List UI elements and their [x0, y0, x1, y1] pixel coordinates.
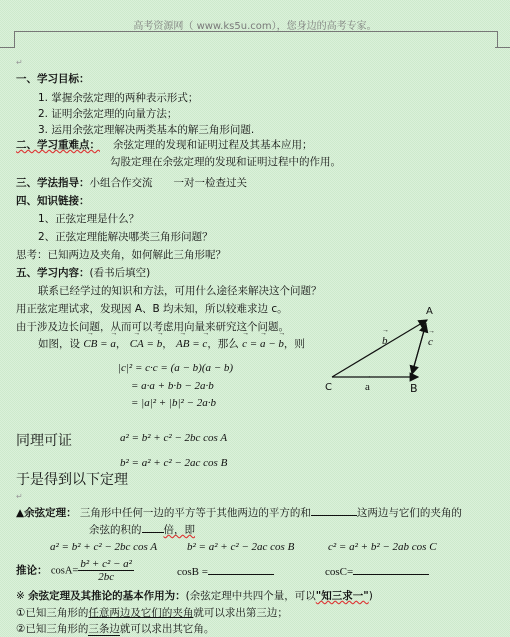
theorem-line-1: ▲余弦定理： 三角形中任何一边的平方等于其他两边的平方的和这两边与它们的夹角的 — [16, 505, 462, 520]
section-3: 三、学法指导：小组合作交流 一对一检查过关 — [16, 175, 247, 190]
usage-note: (余弦定理中共四个量，可以 — [186, 590, 316, 602]
usage-note-bold: "知三求一" — [316, 590, 369, 602]
content-paragraph-1: 联系已经学过的知识和方法，可用什么途径来解决这个问题？ — [38, 283, 322, 298]
conclusion-text: 于是得到以下定理 — [16, 469, 128, 489]
setup-end: ，则 — [284, 338, 305, 350]
paragraph-mark: ↵ — [16, 58, 23, 67]
vertex-c-label: C — [325, 382, 332, 393]
vertex-b-label: B — [410, 382, 418, 395]
think-question: 思考：已知两边及夹角，如何解此三角形呢？ — [16, 247, 226, 262]
link-item-2: 2、正弦定理能解决哪类三角形问题？ — [38, 229, 213, 244]
cosB-row: cosB = — [177, 564, 274, 578]
usage-title: 余弦定理及其推论的基本作用为： — [28, 590, 186, 602]
section-3-title: 三、学法指导： — [16, 177, 90, 189]
vector-a-label: a — [365, 381, 370, 393]
blank-2[interactable] — [142, 522, 164, 533]
paragraph-mark: ↵ — [16, 492, 23, 501]
cosB-blank[interactable] — [208, 564, 274, 575]
vector-cb: CB — [83, 338, 97, 350]
content-paragraph-2: 用正弦定理试求，发现因 A、B 均未知，所以较难求边 c。 — [16, 301, 288, 316]
section-4-title: 四、知识链接： — [16, 193, 90, 208]
section-1-title: 一、学习目标： — [16, 71, 90, 86]
section-5-title: 五、学习内容： — [16, 267, 90, 279]
section-2-title-text: 二、学习重难点： — [16, 139, 100, 151]
blank-1[interactable] — [311, 505, 357, 516]
vector-ca: CA — [130, 338, 144, 350]
goal-item-3: 3. 运用余弦定理解决两类基本的解三角形问题. — [38, 122, 254, 137]
vector-ab: AB — [176, 338, 189, 350]
cosB-label: cosB = — [177, 566, 208, 578]
vector-b-label: b — [382, 335, 388, 347]
derivation-line-2: = a·a + b·b − 2a·b — [131, 380, 214, 392]
vector-c-label: c — [428, 336, 433, 348]
page-header-text: 高考资源网（ www.ks5u.com），您身边的高考专家。 — [0, 17, 510, 32]
theorem-text-4: 倍，即 — [164, 524, 196, 536]
usage-item-2: ②已知三角形的三条边就可以求出其它角。 — [16, 621, 214, 636]
goal-item-1: 1. 掌握余弦定理的两种表示形式； — [38, 90, 198, 105]
corollary-row: 推论： cosA=b² + c² − a²2bc — [16, 558, 134, 583]
cosC-row: cosC= — [325, 564, 429, 578]
cosC-label: cosC= — [325, 566, 353, 578]
corollary-title: 推论： — [16, 565, 48, 577]
header-rule — [14, 31, 498, 48]
usage-item-1-underlined: 任意两边及它们的夹角 — [88, 607, 193, 619]
cosA-fraction: b² + c² − a²2bc — [78, 558, 134, 583]
key-point-1: 余弦定理的发现和证明过程及其基本应用； — [113, 137, 313, 152]
section-3-text: 小组合作交流 一对一检查过关 — [90, 177, 248, 189]
theorem-title: ▲余弦定理： — [16, 507, 77, 519]
header-rule-right — [495, 47, 510, 48]
key-point-2: 勾股定理在余弦定理的发现和证明过程中的作用。 — [110, 154, 341, 169]
formula-a: a² = b² + c² − 2bc cos A — [50, 541, 157, 553]
similar-label: 同理可证 — [16, 430, 72, 450]
vertex-a-label: A — [426, 306, 433, 317]
derivation-line-1: |c|² = c·c = (a − b)(a − b) — [118, 362, 233, 374]
reference-mark: ※ — [16, 590, 25, 602]
theorem-line-2: 余弦的积的倍，即 — [89, 522, 195, 537]
similar-eq-2: b² = a² + c² − 2ac cos B — [120, 457, 227, 469]
usage-item-1: ①已知三角形的任意两边及它们的夹角就可以求出第三边； — [16, 605, 288, 620]
theorem-text-1: 三角形中任何一边的平方等于其他两边的平方的和 — [80, 507, 311, 519]
setup-then: ，那么 — [207, 338, 239, 350]
formula-c: c² = a² + b² − 2ab cos C — [328, 541, 437, 553]
derivation-line-3: = |a|² + |b|² − 2a·b — [131, 397, 216, 409]
similar-eq-1: a² = b² + c² − 2bc cos A — [120, 432, 227, 444]
goal-item-2: 2. 证明余弦定理的向量方法； — [38, 106, 177, 121]
theorem-text-3: 余弦的积的 — [89, 524, 142, 536]
section-5: 五、学习内容：(看书后填空) — [16, 265, 150, 280]
setup-prefix: 如图，设 — [38, 338, 80, 350]
section-2-title: 二、学习重难点： — [16, 137, 100, 152]
usage-title-row: ※ 余弦定理及其推论的基本作用为：(余弦定理中共四个量，可以"知三求一") — [16, 588, 373, 603]
header-rule-left — [0, 47, 15, 48]
link-item-1: 1、正弦定理是什么？ — [38, 211, 139, 226]
triangle-vector-diagram — [320, 305, 440, 395]
usage-item-2-underlined: 三条边 — [88, 623, 120, 637]
cosC-blank[interactable] — [353, 564, 429, 575]
cosA-label: cosA= — [51, 566, 79, 577]
formula-b: b² = a² + c² − 2ac cos B — [187, 541, 294, 553]
theorem-text-2: 这两边与它们的夹角的 — [357, 507, 462, 519]
vector-setup: 如图，设 CB = a， CA = b， AB = c，那么 c = a − b… — [38, 336, 305, 351]
section-5-subtitle: (看书后填空) — [90, 267, 151, 279]
